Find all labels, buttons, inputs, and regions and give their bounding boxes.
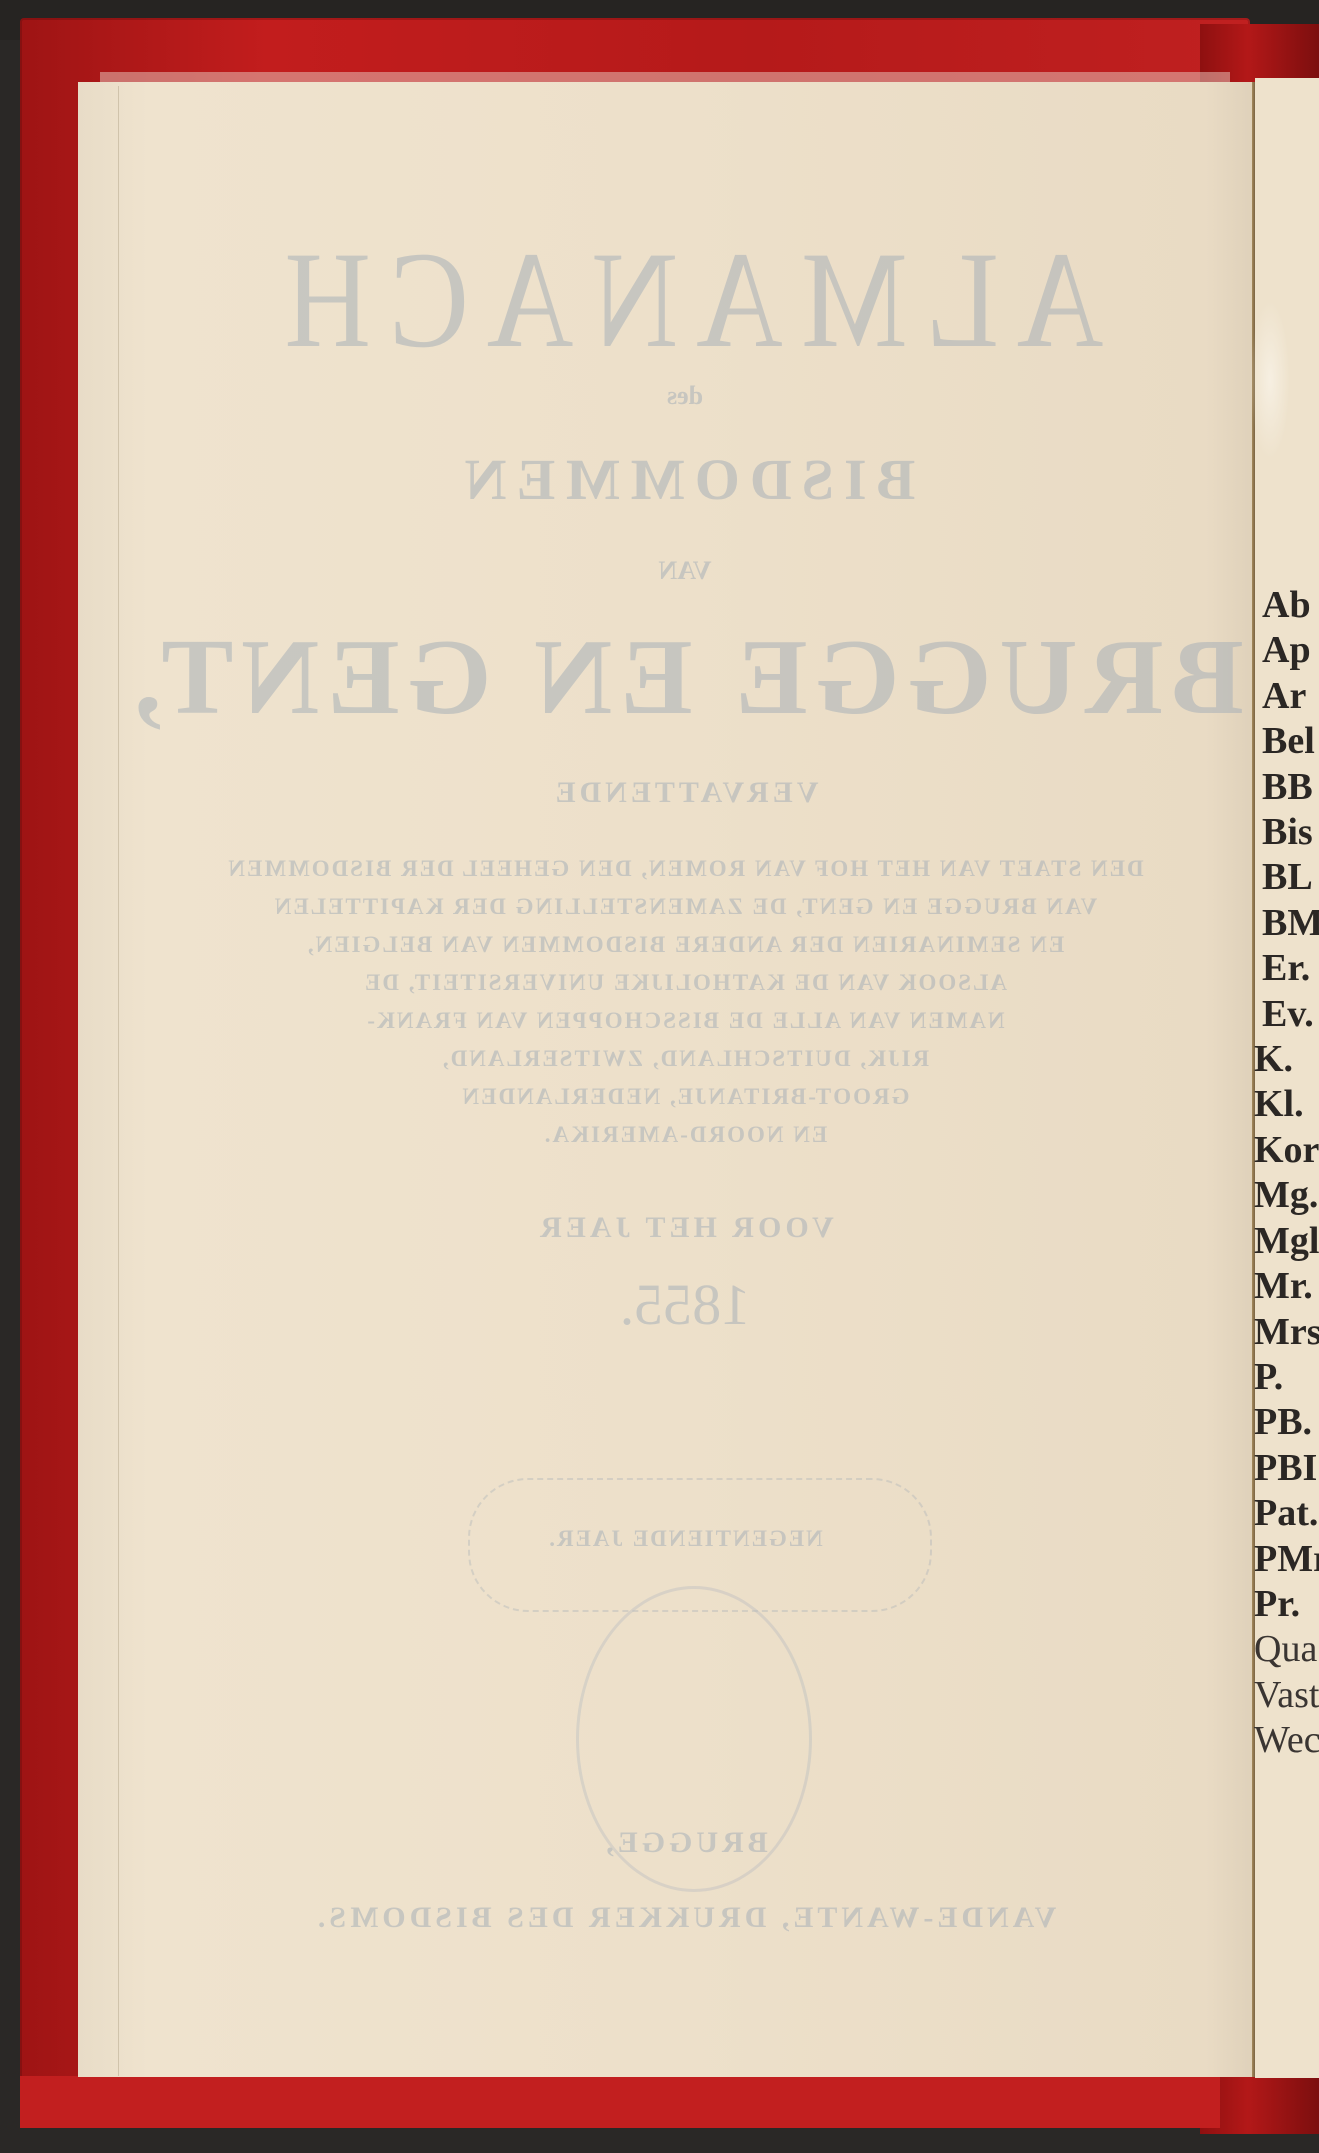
showthrough-city: BRUGGE,: [118, 1826, 1252, 1860]
list-item: BM: [1262, 901, 1319, 946]
list-item: Bis: [1262, 810, 1319, 855]
showthrough-desc-line: RIJK, DUITSCHLAND, ZWITSERLAND,: [118, 1046, 1252, 1072]
page-tear-mark: [1250, 300, 1290, 460]
showthrough-van: VAN: [118, 556, 1252, 586]
list-item: BL: [1262, 855, 1319, 900]
showthrough-des: des: [118, 381, 1252, 411]
list-item: PB.: [1254, 1400, 1319, 1445]
title-page-showthrough: ALMANACH des BISDOMMEN VAN BRUGGE EN GEN…: [118, 86, 1252, 2076]
list-item: Mg.: [1254, 1173, 1319, 1218]
showthrough-desc-line: EN SEMINARIEN DER ANDERE BISDOMMEN VAN B…: [118, 932, 1252, 958]
showthrough-title: ALMANACH: [118, 221, 1252, 380]
showthrough-desc-line: VAN BRUGGE EN GENT, DE ZAMENSTELLING DER…: [118, 894, 1252, 920]
list-item: PMr: [1254, 1537, 1319, 1582]
showthrough-desc-line: NAMEN VAN ALLE DE BISSCHOPPEN VAN FRANK-: [118, 1008, 1252, 1034]
showthrough-verwattende: VERVATTENDE: [118, 776, 1252, 810]
list-item: Mr.: [1254, 1264, 1319, 1309]
list-item: Ab: [1262, 583, 1319, 628]
list-item: Qua: [1254, 1627, 1319, 1672]
showthrough-ornament-text: NEGENTIENDE JAER.: [118, 1526, 1252, 1552]
showthrough-printer: VANDE-WANTE, DRUKKER DES BISDOMS.: [118, 1901, 1252, 1935]
list-item: Pat.: [1254, 1491, 1319, 1536]
list-item: Ev.: [1262, 992, 1319, 1037]
showthrough-place: BRUGGE EN GENT,: [118, 616, 1252, 740]
list-item: Kor: [1254, 1128, 1319, 1173]
showthrough-voor-het-jaar: VOOR HET JAER: [118, 1211, 1252, 1245]
showthrough-desc-line: DEN STAET VAN HET HOF VAN ROMEN, DEN GEH…: [118, 856, 1252, 882]
list-item: Er.: [1262, 946, 1319, 991]
list-item: BB: [1262, 765, 1319, 810]
showthrough-bisdommen: BISDOMMEN: [118, 446, 1252, 513]
list-item: Wec: [1254, 1718, 1319, 1763]
list-item: K.: [1254, 1037, 1319, 1082]
book-cover-bottom-edge: [20, 2076, 1220, 2128]
abbreviation-list: Ab Ap Ar Bel BB Bis BL BM Er. Ev. K. Kl.…: [1262, 583, 1319, 1764]
showthrough-desc-line: EN NOORD-AMERIKA.: [118, 1122, 1252, 1148]
list-item: Mgl: [1254, 1219, 1319, 1264]
list-item: PBI: [1254, 1446, 1319, 1491]
list-item: Bel: [1262, 719, 1319, 764]
list-item: Vast: [1254, 1673, 1319, 1718]
list-item: Kl.: [1254, 1082, 1319, 1127]
showthrough-desc-line: GROOT-BRITANJE, NEDERLANDEN: [118, 1084, 1252, 1110]
list-item: Ar: [1262, 674, 1319, 719]
list-item: P.: [1254, 1355, 1319, 1400]
list-item: Pr.: [1254, 1582, 1319, 1627]
list-item: Mrs: [1254, 1310, 1319, 1355]
list-item: Ap: [1262, 628, 1319, 673]
showthrough-desc-line: ALSOOK VAN DE KATHOLIJKE UNIVERSITEIT, D…: [118, 970, 1252, 996]
showthrough-year: 1855.: [118, 1271, 1252, 1338]
